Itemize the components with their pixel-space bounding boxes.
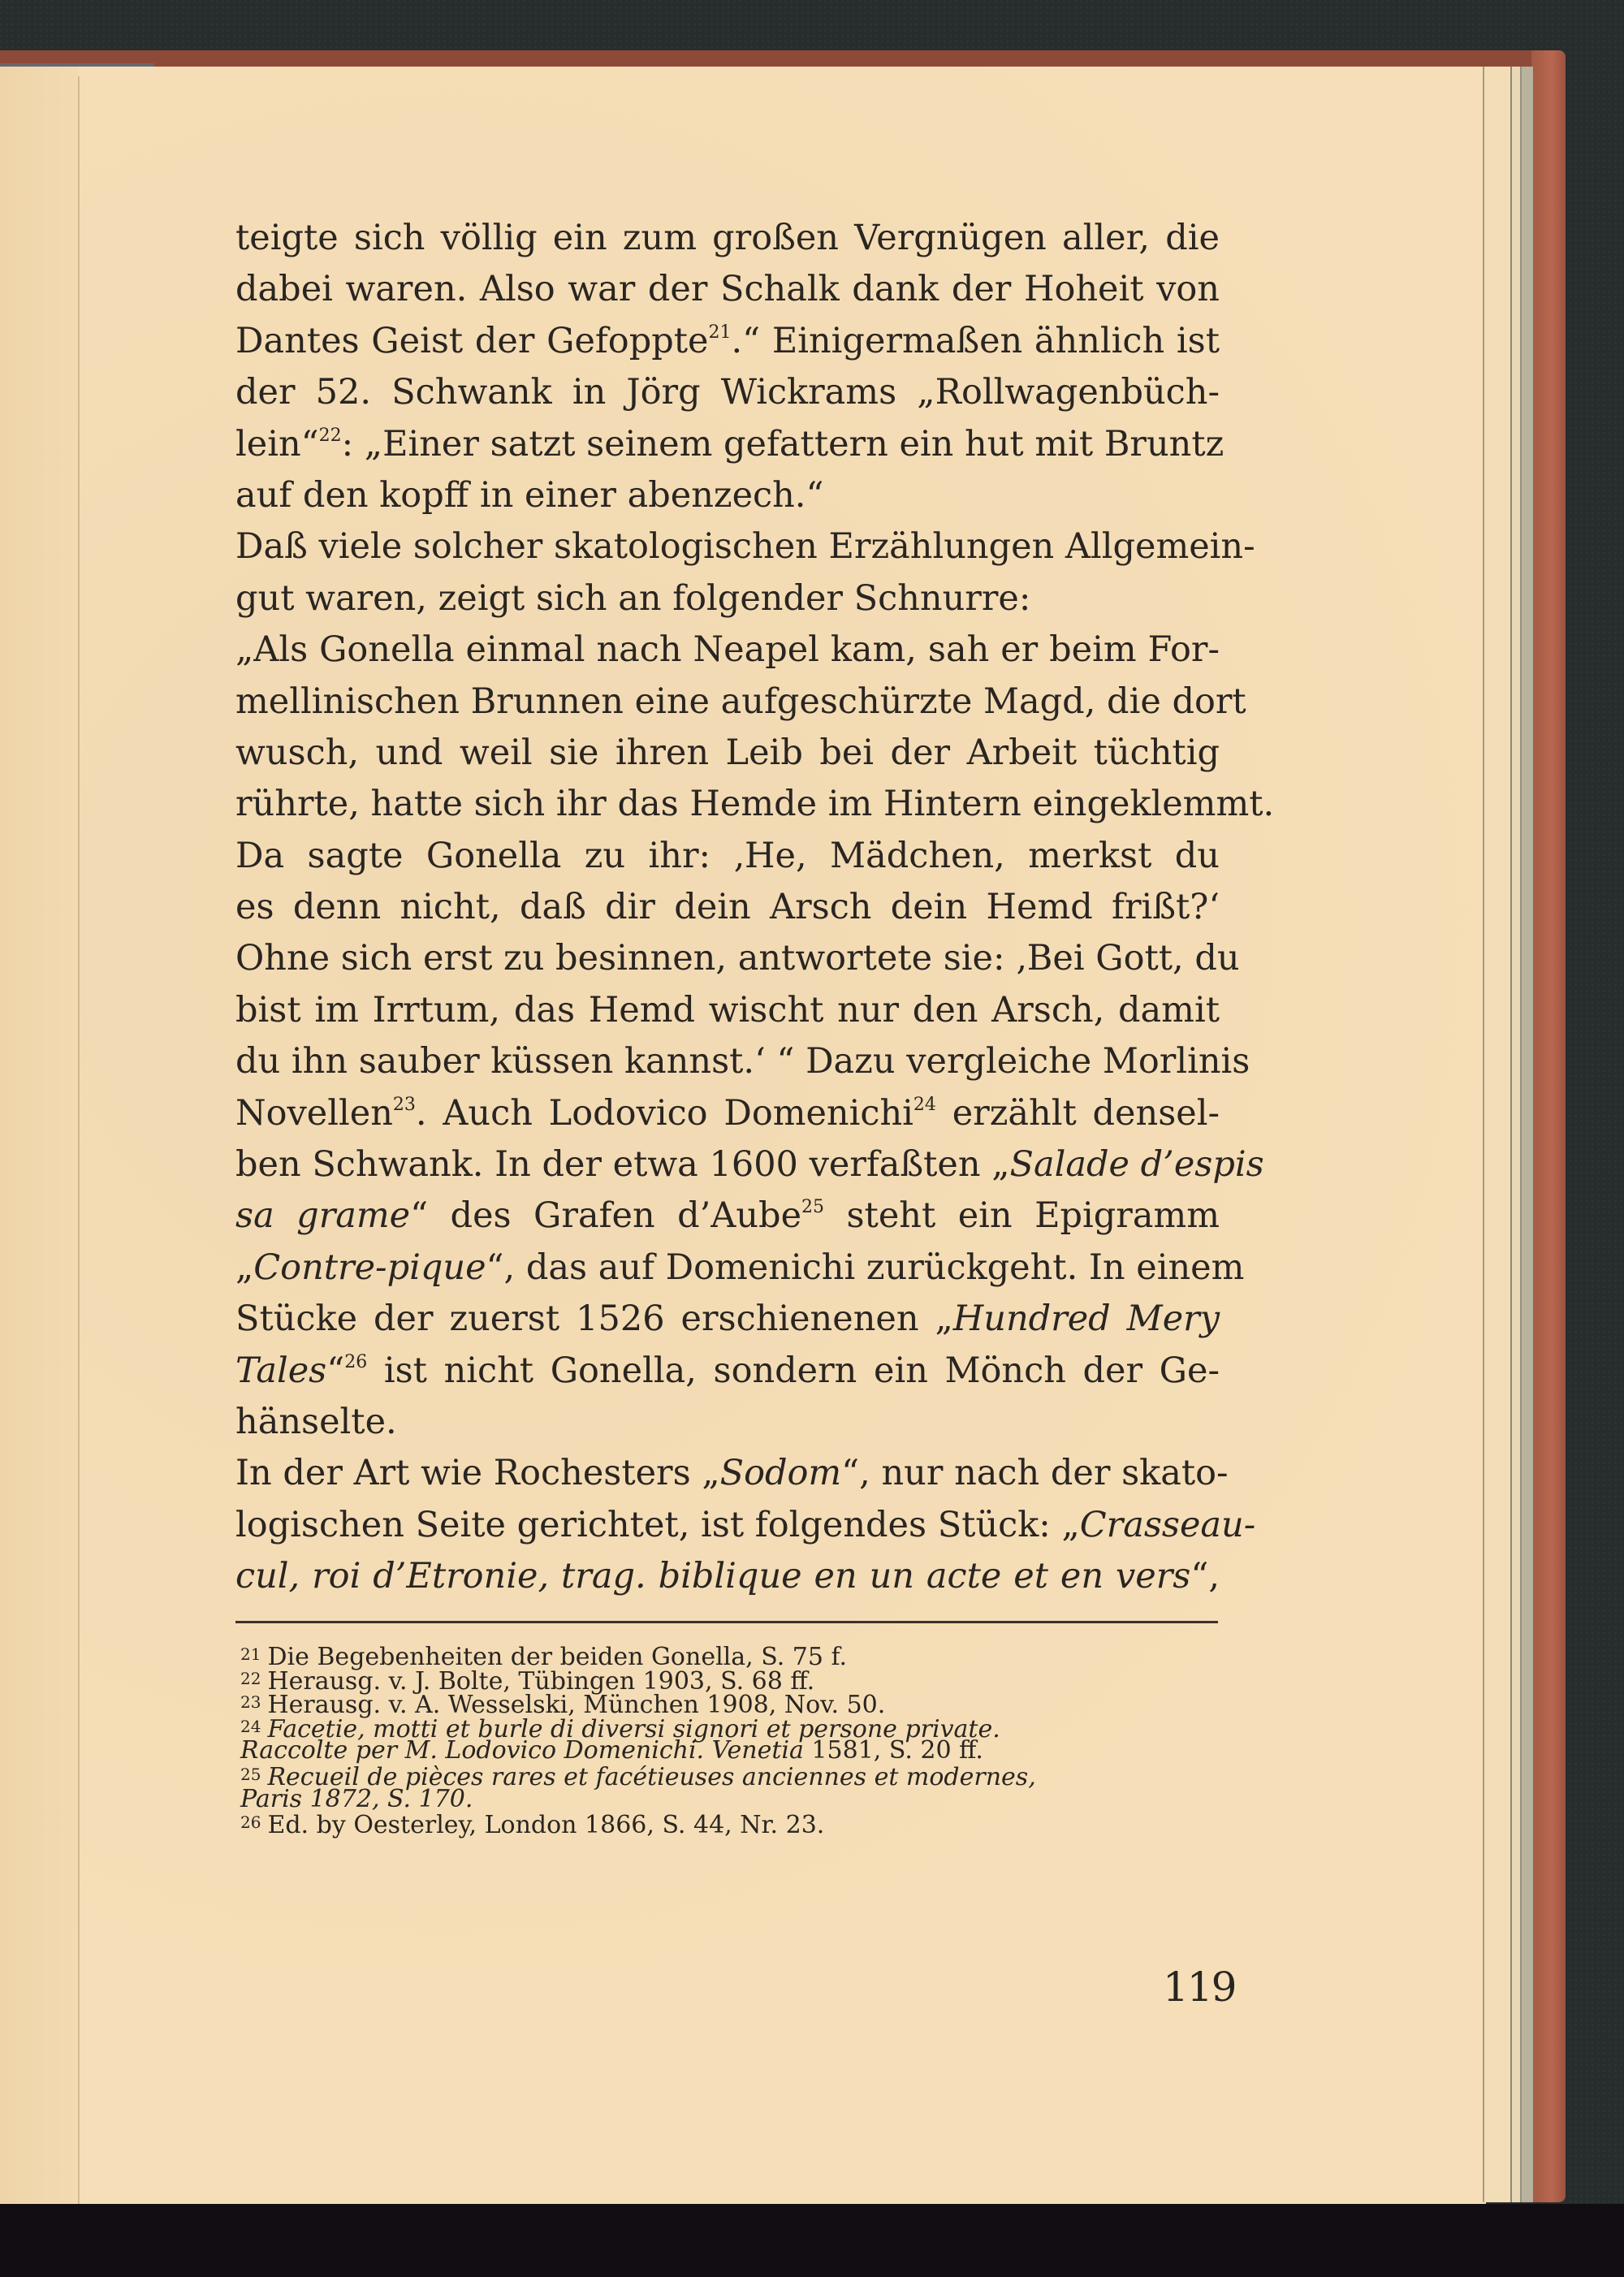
footnote: 24Facetie, motti et burle di diversi sig…	[240, 1715, 1223, 1739]
italic-text: Crasseau-	[1080, 1505, 1256, 1545]
text-line: Ohne sich erst zu besinnen, antwortete s…	[235, 933, 1220, 984]
footnote-rule	[235, 1621, 1218, 1623]
text-line: du ihn sauber küssen kannst.‘ “ Dazu ver…	[235, 1036, 1220, 1087]
text-run: Ohne sich erst zu besinnen, antwortete s…	[235, 938, 1240, 979]
book-cover-top-edge	[0, 50, 1566, 68]
footnote-reference: 21	[708, 322, 731, 343]
text-run: erzählt densel-	[936, 1093, 1220, 1134]
footnote: 22Herausg. v. J. Bolte, Tübingen 1903, S…	[240, 1667, 1223, 1692]
text-line: Da sagte Gonella zu ihr: ‚He, Mädchen, m…	[235, 831, 1220, 882]
text-run: ist nicht Gonella, sondern ein Mönch der…	[367, 1350, 1220, 1391]
italic-text: Salade d’espis	[1010, 1144, 1264, 1185]
text-line: der 52. Schwank in Jörg Wickrams „Rollwa…	[235, 367, 1220, 418]
text-run: dabei waren. Also war der Schalk dank de…	[235, 269, 1220, 309]
footnote-number: 25	[240, 1765, 261, 1784]
footnote-reference: 24	[914, 1095, 936, 1115]
text-line: Daß viele solcher skatologischen Erzählu…	[235, 521, 1220, 572]
text-run: Stücke der zuerst 1526 erschienenen „	[235, 1298, 953, 1339]
bottom-shadow	[0, 2204, 1624, 2277]
text-run: . Auch Lodovico Domenichi	[416, 1093, 914, 1134]
text-line: dabei waren. Also war der Schalk dank de…	[235, 264, 1220, 315]
text-line: hänselte.	[235, 1397, 1220, 1448]
footnote-number: 23	[240, 1692, 261, 1712]
page-number: 119	[1163, 1964, 1235, 2011]
italic-text: sa grame	[235, 1195, 410, 1236]
text-line: „Als Gonella einmal nach Neapel kam, sah…	[235, 624, 1220, 676]
footnote-number: 22	[240, 1669, 261, 1688]
text-run: es denn nicht, daß dir dein Arsch dein H…	[235, 887, 1220, 927]
italic-text: Raccolte per M. Lodovico Domenichi. Vene…	[240, 1736, 804, 1765]
text-run: mellinischen Brunnen eine aufgeschürzte …	[235, 681, 1246, 722]
text-run: In der Art wie Rochesters „	[235, 1453, 720, 1493]
text-run: du ihn sauber küssen kannst.‘ “ Dazu ver…	[235, 1041, 1250, 1082]
text-run: lein“	[235, 424, 319, 464]
text-run: logischen Seite gerichtet, ist folgendes…	[235, 1505, 1080, 1545]
footnote: 23Herausg. v. A. Wesselski, München 1908…	[240, 1691, 1223, 1715]
text-line: bist im Irrtum, das Hemd wischt nur den …	[235, 985, 1220, 1036]
text-run: hänselte.	[235, 1402, 397, 1442]
gutter-fold-line	[78, 76, 80, 2204]
footnote-number: 26	[240, 1813, 261, 1832]
italic-text: Tales	[235, 1350, 326, 1391]
footnote-number: 21	[240, 1644, 261, 1664]
text-run: gut waren, zeigt sich an folgender Schnu…	[235, 578, 1030, 619]
text-run: “ des Grafen d’Aube	[410, 1195, 801, 1236]
italic-text: Hundred Mery	[953, 1298, 1220, 1339]
footnote: Raccolte per M. Lodovico Domenichi. Vene…	[240, 1739, 1223, 1763]
text-line: Tales“26 ist nicht Gonella, sondern ein …	[235, 1346, 1220, 1397]
text-run: bist im Irrtum, das Hemd wischt nur den …	[235, 990, 1220, 1030]
text-line: cul, roi d’Etronie, trag. biblique en un…	[235, 1551, 1220, 1602]
italic-text: Contre-pique	[253, 1247, 486, 1288]
gutter-previous-page	[0, 67, 78, 2204]
text-run: auf den kopff in einer abenzech.“	[235, 475, 823, 516]
text-line: lein“22: „Einer satzt seinem gefattern e…	[235, 419, 1220, 470]
text-run: Dantes Geist der Gefoppte	[235, 321, 708, 361]
text-run: 1581, S. 20 ff.	[804, 1736, 983, 1765]
page-edge-stack	[1520, 67, 1533, 2202]
footnotes: 21Die Begebenheiten der beiden Gonella, …	[240, 1643, 1223, 1835]
text-run: teigte sich völlig ein zum großen Vergnü…	[235, 218, 1220, 258]
footnote-reference: 22	[319, 426, 342, 446]
text-line: ben Schwank. In der etwa 1600 verfaßten …	[235, 1139, 1220, 1190]
text-line: Stücke der zuerst 1526 erschienenen „Hun…	[235, 1294, 1220, 1345]
footnote: 21Die Begebenheiten der beiden Gonella, …	[240, 1643, 1223, 1667]
text-run: “,	[1190, 1556, 1220, 1596]
text-line: rührte, hatte sich ihr das Hemde im Hint…	[235, 779, 1220, 830]
text-line: mellinischen Brunnen eine aufgeschürzte …	[235, 676, 1220, 728]
text-run: der 52. Schwank in Jörg Wickrams „Rollwa…	[235, 372, 1220, 413]
text-line: „Contre-pique“, das auf Domenichi zurück…	[235, 1242, 1220, 1294]
text-run: “	[326, 1350, 344, 1391]
text-run: Novellen	[235, 1093, 393, 1134]
italic-text: Sodom	[720, 1453, 842, 1493]
text-line: gut waren, zeigt sich an folgender Schnu…	[235, 573, 1220, 624]
text-line: In der Art wie Rochesters „Sodom“, nur n…	[235, 1448, 1220, 1499]
text-line: teigte sich völlig ein zum großen Vergnü…	[235, 213, 1220, 264]
text-run: „Als Gonella einmal nach Neapel kam, sah…	[235, 629, 1220, 670]
text-run: Da sagte Gonella zu ihr: ‚He, Mädchen, m…	[235, 836, 1220, 876]
text-run: “, nur nach der skato-	[841, 1453, 1228, 1493]
text-run: : „Einer satzt seinem gefattern ein hut …	[342, 424, 1224, 464]
footnote: 26Ed. by Oesterley, London 1866, S. 44, …	[240, 1811, 1223, 1835]
italic-text: cul, roi d’Etronie, trag. biblique en un…	[235, 1556, 1190, 1596]
text-run: “, das auf Domenichi zurückgeht. In eine…	[486, 1247, 1245, 1288]
italic-text: Paris 1872, S. 170.	[240, 1785, 473, 1813]
text-run: Daß viele solcher skatologischen Erzählu…	[235, 526, 1255, 567]
text-line: wusch, und weil sie ihren Leib bei der A…	[235, 728, 1220, 779]
footnote-reference: 26	[344, 1352, 367, 1372]
text-line: Novellen23. Auch Lodovico Domenichi24 er…	[235, 1088, 1220, 1139]
footnote-reference: 23	[393, 1095, 416, 1115]
book-cover-right-edge	[1531, 50, 1566, 2202]
text-run: steht ein Epigramm	[824, 1195, 1220, 1236]
text-line: logischen Seite gerichtet, ist folgendes…	[235, 1500, 1220, 1551]
footnote-number: 24	[240, 1717, 261, 1736]
text-line: sa grame“ des Grafen d’Aube25 steht ein …	[235, 1190, 1220, 1242]
body-text: teigte sich völlig ein zum großen Vergnü…	[235, 213, 1220, 1603]
text-line: es denn nicht, daß dir dein Arsch dein H…	[235, 882, 1220, 933]
text-run: „	[235, 1247, 253, 1288]
text-run: Ed. by Oesterley, London 1866, S. 44, Nr…	[267, 1811, 824, 1839]
text-run: rührte, hatte sich ihr das Hemde im Hint…	[235, 784, 1274, 824]
footnote: 25Recueil de pièces rares et facétieuses…	[240, 1763, 1223, 1787]
footnote-reference: 25	[801, 1197, 824, 1217]
page-edge-stack	[1483, 67, 1512, 2202]
text-run: ben Schwank. In der etwa 1600 verfaßten …	[235, 1144, 1010, 1185]
text-line: auf den kopff in einer abenzech.“	[235, 470, 1220, 521]
text-run: wusch, und weil sie ihren Leib bei der A…	[235, 732, 1220, 773]
text-line: Dantes Geist der Gefoppte21.“ Einigermaß…	[235, 316, 1220, 367]
text-run: .“ Einigermaßen ähnlich ist	[731, 321, 1220, 361]
